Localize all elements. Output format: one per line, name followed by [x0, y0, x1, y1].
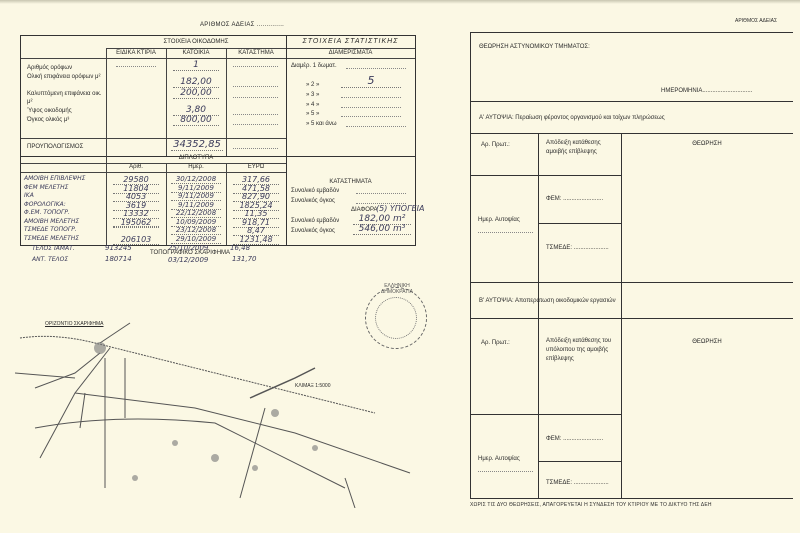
divider	[538, 223, 621, 224]
blank-field	[233, 80, 278, 87]
scan-edge	[0, 0, 800, 4]
a-tsmede-field[interactable]: ΤΣΜΕΔΕ: .....................	[546, 244, 609, 253]
date-label: ΗΜΕΡΟΜΗΝΙΑ..............................	[661, 87, 752, 96]
blank-field	[233, 108, 278, 115]
extra-label-2: ΑΝΤ. ΤΕΛΟΣ	[32, 256, 68, 263]
divider	[538, 461, 621, 462]
divider	[21, 138, 286, 139]
a-fem-field[interactable]: ΦΕΜ: ........................	[546, 195, 603, 204]
budget-label: ΠΡΟΥΠΟΛΟΓΙΣΜΟΣ	[27, 143, 83, 151]
duplicate-label: Φ.ΕΜ. ΤΟΠΟΓΡ.	[24, 209, 106, 217]
extra-num-1: 913245	[105, 244, 132, 252]
stat-1-room: Διαμέρ. 1 δωματ.	[291, 62, 337, 70]
duplicates-table: ΔΙΠΛΟΤΥΠΑ Αριθ. Ημερ. ΕΥΡΩ ΑΜΟΙΒΗ ΕΠΙΒΛΕ…	[20, 155, 416, 246]
extra-label-1: ΤΕΛΟΣ ΙΑΜΑΤ.	[32, 245, 75, 252]
divider	[21, 58, 415, 59]
divider	[286, 48, 415, 49]
divider	[471, 282, 793, 283]
b-protocol-label: Αρ. Πρωτ.:	[481, 339, 510, 348]
row-label-total-area: Ολική επιφάνεια ορόφων μ²	[27, 73, 102, 81]
divider	[471, 133, 793, 134]
statistics-title: ΣΤΟΙΧΕΙΑ ΣΤΑΤΙΣΤΙΚΗΣ	[286, 38, 415, 45]
license-number-label: ΑΡΙΘΜΟΣ ΑΔΕΙΑΣ ..............	[200, 22, 284, 28]
site-sketch-map	[15, 318, 425, 508]
inspection-b-title: Β' ΑΥΤΟΨΙΑ: Αποπεράτωση οικοδομικών εργα…	[479, 297, 616, 306]
police-review-label: ΘΕΩΡΗΣΗ ΑΣΤΥΝΟΜΙΚΟΥ ΤΜΗΜΑΤΟΣ:	[479, 43, 590, 52]
divider	[471, 101, 793, 102]
duplicate-label: ΙΚΑ	[24, 192, 106, 200]
duplicate-label: ΦΟΡΟΛΟΓΙΚΑ:	[24, 201, 106, 209]
divider	[286, 35, 287, 245]
footer-note: ΧΩΡΙΣ ΤΙΣ ΔΥΟ ΘΕΩΡΗΣΕΙΣ, ΑΠΑΓΟΡΕΥΕΤΑΙ Η …	[470, 502, 712, 508]
row-label-floors: Αριθμός ορόφων	[27, 64, 72, 72]
extra-date-2: 03/12/2009	[168, 256, 208, 264]
stat-4-rooms: » 4 »	[306, 101, 319, 109]
duplicate-label: ΑΜΟΙΒΗ ΕΠΙΒΛΕΨΗΣ	[24, 175, 106, 183]
value-floors: 1	[173, 60, 219, 71]
blank-field	[346, 120, 406, 127]
b-review-label: ΘΕΩΡΗΣΗ	[621, 338, 793, 347]
blank-field	[341, 91, 401, 98]
misc-area-label: Συνολικό εμβαδόν	[291, 217, 339, 225]
map-scale: ΚΛΙΜΑΞ 1:5000	[295, 383, 331, 389]
blank-field	[116, 60, 156, 67]
shops-total-volume-label: Συνολικός όγκος	[291, 197, 335, 205]
stat-5-rooms: » 5 »	[306, 110, 319, 118]
divider	[166, 48, 167, 156]
misc-value: (5) ΥΠΟΓΕΙΑ	[376, 204, 424, 213]
divider	[471, 318, 793, 319]
divider	[226, 163, 227, 245]
duplicate-label: ΦΕΜ ΜΕΛΕΤΗΣ	[24, 184, 106, 192]
value-budget: 34352,85	[171, 139, 223, 151]
col-number: Αριθ.	[106, 164, 166, 170]
divider	[471, 498, 793, 499]
duplicate-label: ΤΣΜΕΔΕ ΤΟΠΟΓΡ.	[24, 226, 106, 234]
stat-2-rooms: » 2 »	[306, 81, 319, 89]
blank-field	[356, 197, 406, 204]
col-special-buildings: ΕΙΔΙΚΑ ΚΤΙΡΙΑ	[106, 50, 166, 56]
divider	[471, 175, 621, 176]
b-tsmede-field[interactable]: ΤΣΜΕΔΕ: .....................	[546, 479, 609, 488]
blank-field	[341, 101, 401, 108]
inspection-a-title: Α' ΑΥΤΟΨΙΑ: Περαίωση φέροντος οργανισμού…	[479, 114, 665, 123]
misc-label: ΔΙΑΦΟΡΑ	[351, 206, 378, 214]
shops-title: ΚΑΤΑΣΤΗΜΑΤΑ	[286, 179, 415, 185]
duplicate-date: 29/10/2009	[171, 235, 221, 244]
blank-field	[356, 187, 406, 194]
row-label-volume: Όγκος ολικός μ³	[27, 116, 69, 124]
duplicate-number	[113, 226, 159, 227]
value-volume: 800,00	[173, 115, 219, 126]
extra-amount-2: 131,70	[232, 255, 257, 263]
stamp-text: ΕΛΛΗΝΙΚΗ ΔΗΜΟΚΡΑΤΙΑ	[372, 283, 422, 295]
blank-field	[233, 60, 278, 67]
duplicate-label: ΑΜΟΙΒΗ ΜΕΛΕΤΗΣ	[24, 218, 106, 226]
misc-volume-value: 546,00 m³	[353, 224, 411, 235]
extra-num-2: 180714	[105, 255, 132, 263]
b-inspection-date-label: Ημερ. Αυτοψίας	[478, 455, 520, 464]
a-review-label: ΘΕΩΡΗΣΗ	[621, 140, 793, 149]
divider	[166, 163, 167, 245]
col-shop: ΚΑΤΑΣΤΗΜΑ	[226, 50, 286, 56]
a-receipt-label: Απόδειξη κατάθεσης αμοιβής επίβλεψης	[546, 139, 621, 157]
blank-field	[233, 91, 278, 98]
blank-field	[233, 118, 278, 125]
value-total-area: 182,00	[173, 77, 219, 88]
a-inspection-date-field[interactable]	[478, 226, 533, 233]
divider	[106, 48, 107, 156]
extra-amount-1: 16,48	[230, 244, 250, 252]
blank-field	[233, 142, 278, 149]
building-data-table: ΣΤΟΙΧΕΙΑ ΟΙΚΟΔΟΜΗΣ ΣΤΟΙΧΕΙΑ ΣΤΑΤΙΣΤΙΚΗΣ …	[20, 35, 416, 157]
b-inspection-date-field[interactable]	[478, 465, 533, 472]
col-amount: ΕΥΡΩ	[226, 164, 286, 170]
inspection-form: ΘΕΩΡΗΣΗ ΑΣΤΥΝΟΜΙΚΟΥ ΤΜΗΜΑΤΟΣ: ΗΜΕΡΟΜΗΝΙΑ…	[470, 32, 793, 499]
row-label-covered-area: Καλυπτόμενη επιφάνεια οικ. μ²	[27, 90, 102, 106]
divider	[538, 133, 539, 320]
apartments-subtitle: ΔΙΑΜΕΡΙΣΜΑΤΑ	[286, 50, 415, 56]
a-inspection-date-label: Ημερ. Αυτοψίας	[478, 216, 520, 225]
divider	[471, 414, 621, 415]
b-receipt-label: Απόδειξη κατάθεσης του υπόλοιπου της αμο…	[546, 337, 621, 364]
blank-field	[341, 110, 401, 117]
divider	[621, 133, 622, 320]
divider	[21, 172, 286, 173]
stat-2-rooms-value: 5	[341, 74, 401, 88]
duplicates-title: ΔΙΠΛΟΤΥΠΑ	[106, 155, 286, 161]
divider	[106, 48, 286, 49]
value-covered-area: 200,00	[173, 88, 219, 99]
divider	[226, 48, 227, 156]
col-date: Ημερ.	[166, 164, 226, 170]
col-residence: ΚΑΤΟΙΚΙΑ	[166, 50, 226, 56]
duplicate-label: ΤΣΜΕΔΕ ΜΕΛΕΤΗΣ	[24, 235, 106, 243]
stat-3-rooms: » 3 »	[306, 91, 319, 99]
row-label-height: Ύψος οικοδομής	[27, 107, 72, 115]
blank-field	[346, 62, 406, 69]
official-stamp-inner	[375, 297, 417, 339]
shops-total-area-label: Συνολικό εμβαδόν	[291, 187, 339, 195]
duplicate-number: 206103	[113, 235, 159, 245]
divider	[538, 318, 539, 498]
duplicate-amount: 1231,48	[233, 235, 279, 245]
license-number-label-right: ΑΡΙΘΜΟΣ ΑΔΕΙΑΣ	[735, 18, 777, 24]
building-data-title: ΣΤΟΙΧΕΙΑ ΟΙΚΟΔΟΜΗΣ	[106, 39, 286, 45]
stat-5-plus-rooms: » 5 και άνω	[306, 120, 337, 128]
b-fem-field[interactable]: ΦΕΜ: ........................	[546, 435, 603, 444]
a-protocol-label: Αρ. Πρωτ.:	[481, 141, 510, 150]
misc-volume-label: Συνολικός όγκος	[291, 227, 335, 235]
